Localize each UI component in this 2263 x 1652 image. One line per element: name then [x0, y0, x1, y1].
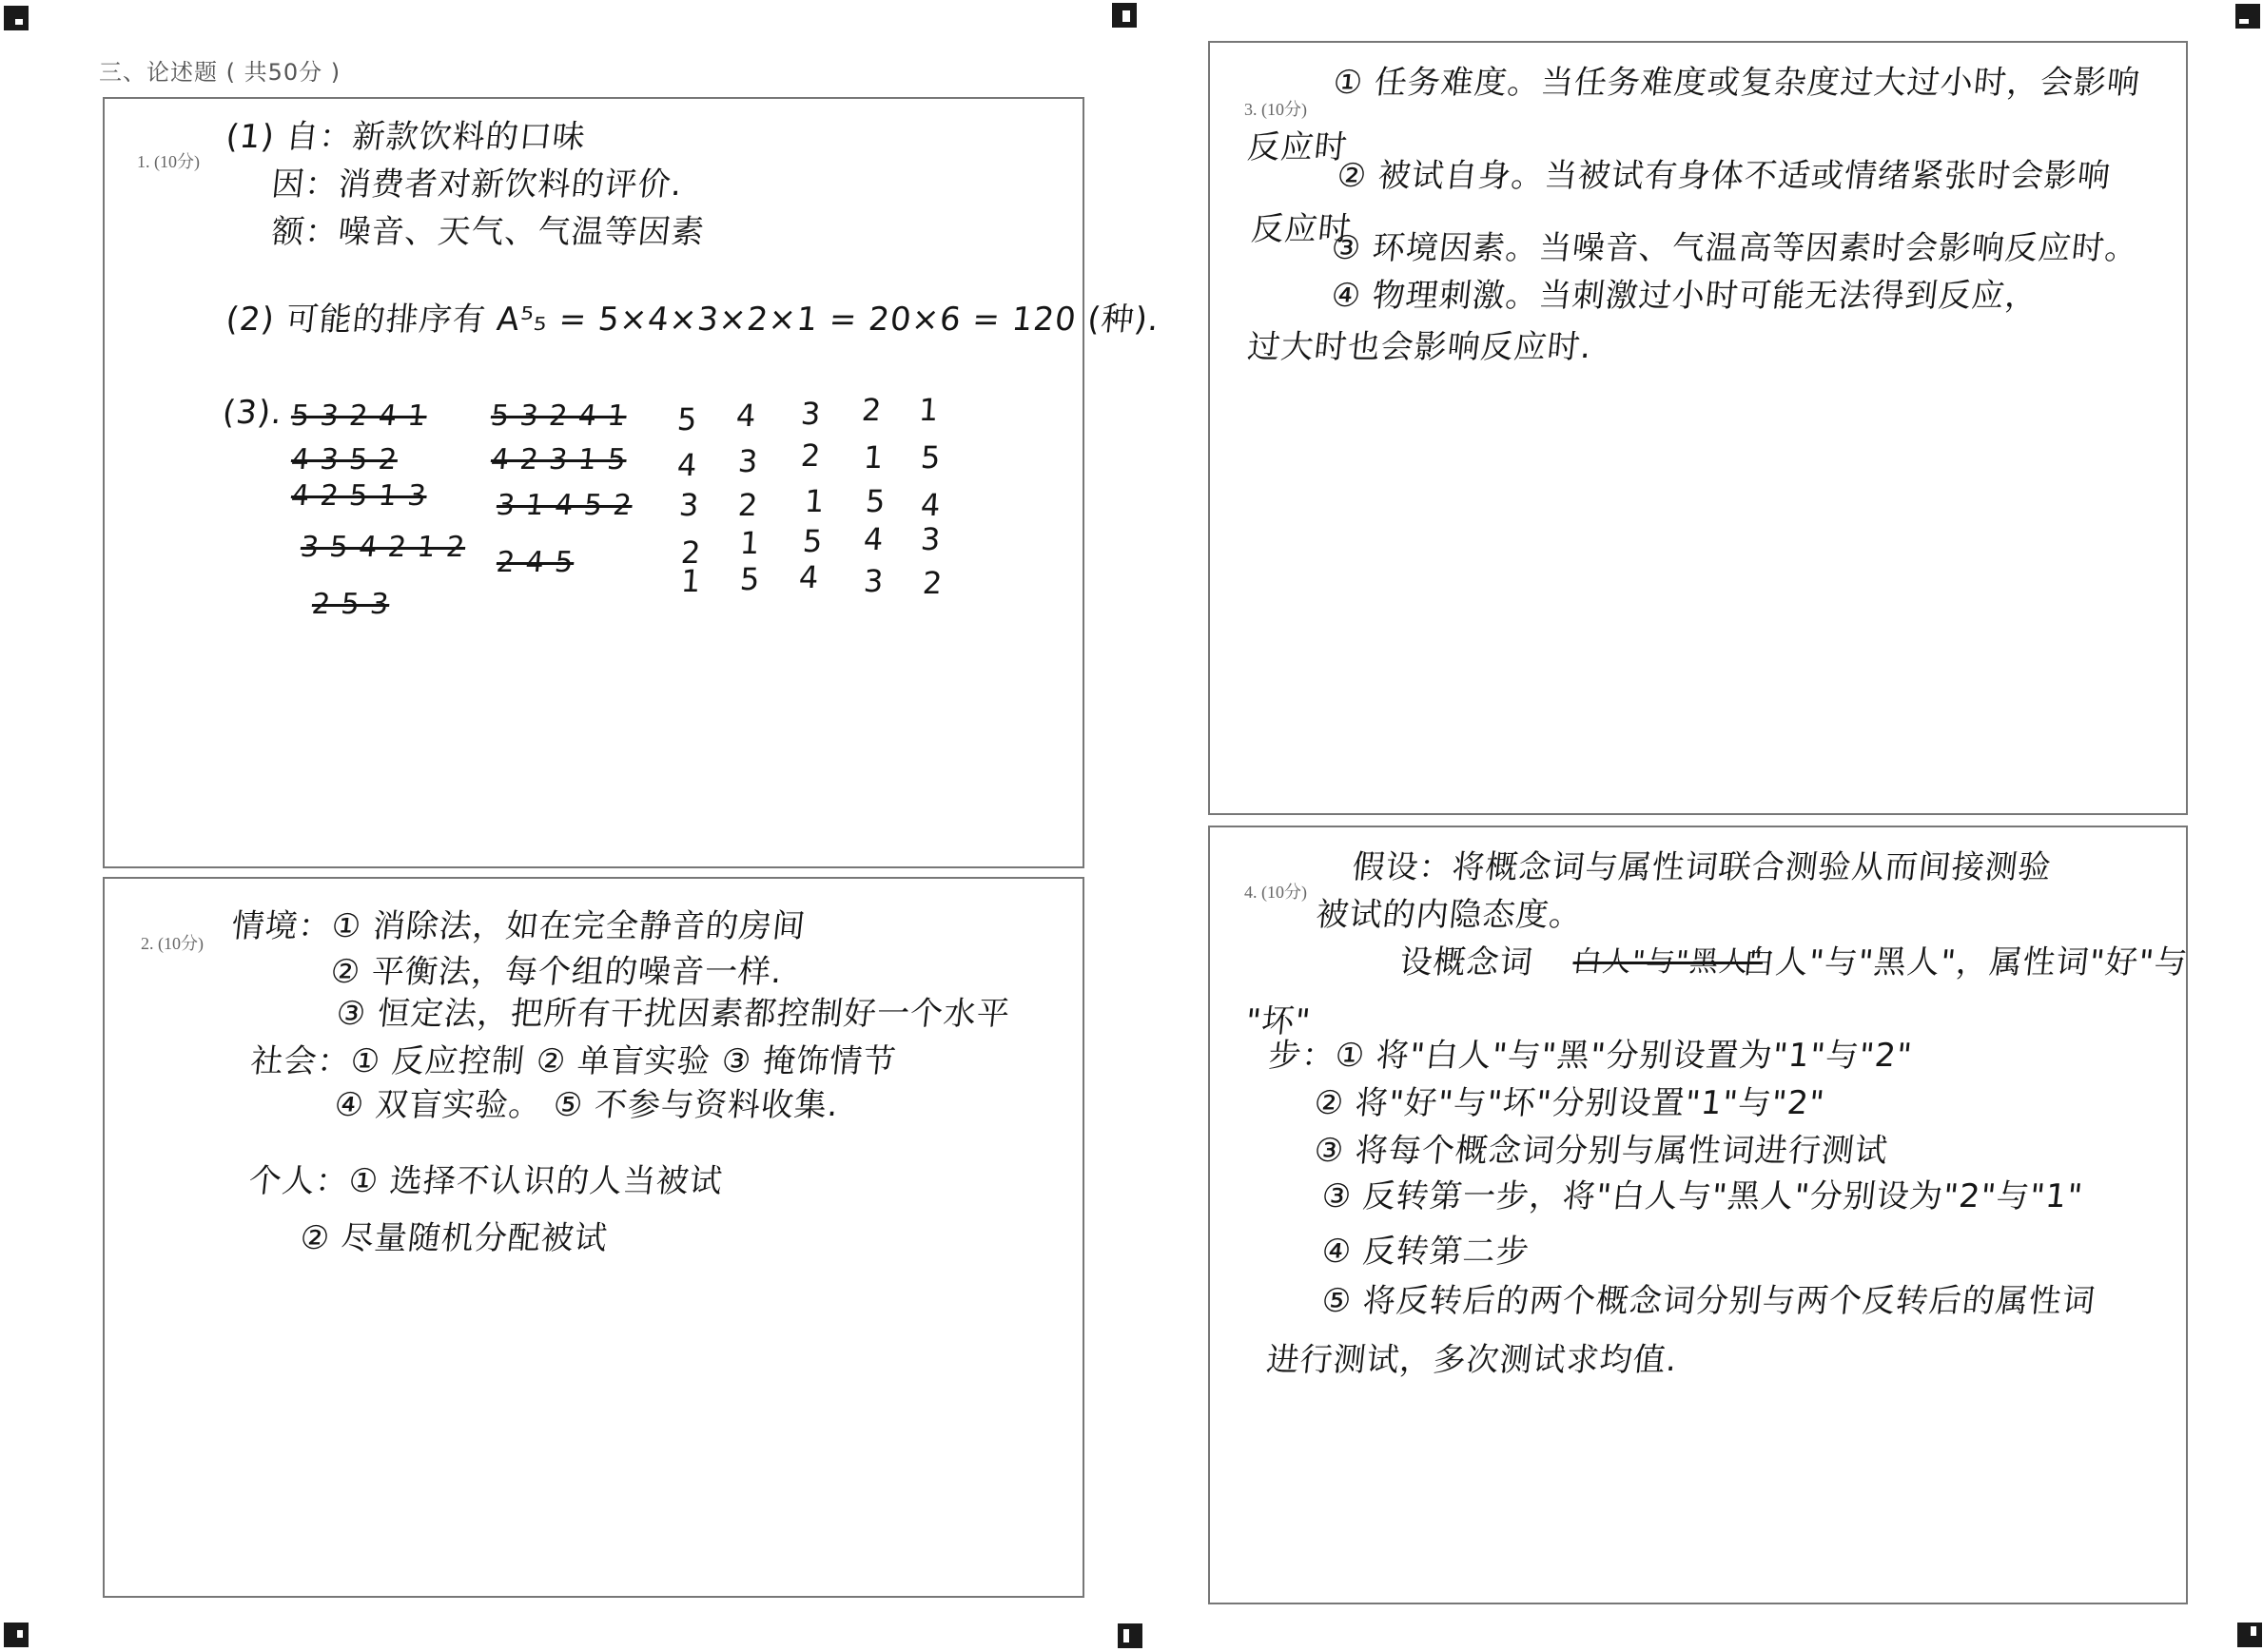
grid-cell: 1: [804, 483, 826, 519]
grid-cell: 3: [920, 521, 942, 557]
crossed-out-sequence: 4 2 5 1 3: [289, 479, 428, 513]
answer-line: (2) 可能的排序有 A⁵₅ = 5×4×3×2×1 = 20×6 = 120 …: [224, 293, 1161, 340]
grid-cell: 3: [678, 487, 700, 523]
question-label: 4. (10分): [1244, 879, 1307, 904]
grid-cell: 5: [676, 401, 698, 437]
section-title: 三、论述题 ( 共50分 ): [99, 53, 341, 87]
answer-line: ④ 双盲实验。 ⑤ 不参与资料收集.: [332, 1079, 841, 1125]
answer-box-q2: 2. (10分) 情境：① 消除法，如在完全静音的房间 ② 平衡法，每个组的噪音…: [103, 877, 1084, 1598]
answer-line: (3).: [221, 394, 284, 432]
grid-cell: 3: [800, 396, 822, 432]
grid-cell: 5: [865, 483, 887, 519]
answer-line: ③ 环境因素。当噪音、气温高等因素时会影响反应时。: [1329, 222, 2140, 268]
crossed-out-sequence: 5 3 2 4 1: [289, 399, 428, 433]
answer-line: 因：消费者对新饮料的评价.: [269, 158, 685, 204]
answer-line: 个人：① 选择不认识的人当被试: [246, 1155, 725, 1201]
answer-line: (1) 自：新款饮料的口味: [224, 110, 588, 157]
answer-box-q3: 3. (10分) ① 任务难度。当任务难度或复杂度过大过小时，会影响 反应时 ②…: [1208, 41, 2188, 815]
answer-line: 过大时也会影响反应时.: [1245, 321, 1594, 367]
grid-cell: 2: [800, 437, 822, 474]
answer-line: ② 平衡法，每个组的噪音一样.: [328, 945, 785, 992]
answer-box-q1: 1. (10分) (1) 自：新款饮料的口味 因：消费者对新饮料的评价. 额：噪…: [103, 97, 1084, 868]
alignment-marker-top-right: [2235, 4, 2260, 29]
answer-line: 设概念词: [1397, 936, 1535, 982]
alignment-marker-top-left: [4, 6, 29, 30]
grid-cell: 4: [920, 487, 942, 523]
answer-line: 白人"与"黑人"，属性词"好"与: [1740, 936, 2190, 982]
grid-cell: 1: [680, 563, 702, 599]
answer-line: ④ 反转第二步: [1319, 1225, 1531, 1272]
question-label: 1. (10分): [137, 148, 200, 173]
alignment-marker-bottom-right: [2237, 1623, 2262, 1647]
grid-cell: 1: [863, 439, 885, 476]
answer-line: 进行测试，多次测试求均值.: [1264, 1333, 1680, 1380]
answer-line: 步：① 将"白人"与"黑"分别设置为"1"与"2": [1266, 1029, 1915, 1076]
crossed-out-sequence: 2 5 3: [310, 588, 391, 621]
grid-cell: 2: [861, 392, 883, 428]
grid-cell: 5: [802, 523, 824, 559]
crossed-out-sequence: 4 3 5 2: [289, 443, 400, 476]
grid-cell: 5: [920, 439, 942, 476]
answer-box-q4: 4. (10分) 假设：将概念词与属性词联合测验从而间接测验 被试的内隐态度。 …: [1208, 826, 2188, 1604]
alignment-marker-bottom-left: [4, 1623, 29, 1647]
grid-cell: 4: [863, 521, 885, 557]
grid-cell: 2: [737, 487, 759, 523]
crossed-out-sequence: 3 5 4 2 1 2: [299, 531, 467, 564]
answer-line: ③ 反转第一步，将"白人与"黑人"分别设为"2"与"1": [1319, 1170, 2085, 1216]
answer-line: 反应时: [1245, 121, 1350, 167]
grid-cell: 3: [863, 563, 885, 599]
crossed-out-sequence: 5 3 2 4 1: [489, 399, 628, 433]
grid-cell: 4: [676, 447, 698, 483]
answer-line: ② 将"好"与"坏"分别设置"1"与"2": [1312, 1077, 1827, 1123]
answer-line: ② 尽量随机分配被试: [298, 1212, 610, 1258]
crossed-out-sequence: 3 1 4 5 2: [495, 489, 634, 522]
grid-cell: 5: [739, 561, 761, 597]
question-label: 3. (10分): [1244, 96, 1307, 121]
crossed-out-sequence: 4 2 3 1 5: [489, 443, 628, 476]
answer-line: ② 被试自身。当被试有身体不适或情绪紧张时会影响: [1335, 149, 2113, 196]
answer-line: 额：噪音、天气、气温等因素: [269, 205, 707, 252]
crossed-out-sequence: 2 4 5: [495, 546, 576, 579]
grid-cell: 3: [737, 443, 759, 479]
answer-line: ⑤ 将反转后的两个概念词分别与两个反转后的属性词: [1319, 1274, 2097, 1321]
answer-line: ③ 恒定法，把所有干扰因素都控制好一个水平: [334, 987, 1012, 1034]
alignment-marker-top-center: [1112, 3, 1137, 28]
grid-cell: 4: [798, 559, 820, 595]
answer-line: ① 任务难度。当任务难度或复杂度过大过小时，会影响: [1331, 56, 2142, 103]
answer-line: 被试的内隐态度。: [1314, 888, 1585, 935]
alignment-marker-bottom-center: [1118, 1623, 1142, 1648]
grid-cell: 4: [735, 398, 757, 434]
answer-line: 假设：将概念词与属性词联合测验从而间接测验: [1350, 841, 2054, 887]
answer-line: ③ 将每个概念词分别与属性词进行测试: [1312, 1124, 1890, 1171]
grid-cell: 1: [739, 525, 761, 561]
grid-cell: 1: [918, 392, 940, 428]
crossed-out-text: 白人"与"黑人": [1571, 938, 1766, 980]
answer-line: 情境：① 消除法，如在完全静音的房间: [229, 900, 808, 946]
question-label: 2. (10分): [141, 930, 204, 955]
grid-cell: 2: [922, 565, 944, 601]
answer-line: ④ 物理刺激。当刺激过小时可能无法得到反应，: [1329, 269, 2040, 316]
answer-line: 社会：① 反应控制 ② 单盲实验 ③ 掩饰情节: [248, 1035, 899, 1081]
